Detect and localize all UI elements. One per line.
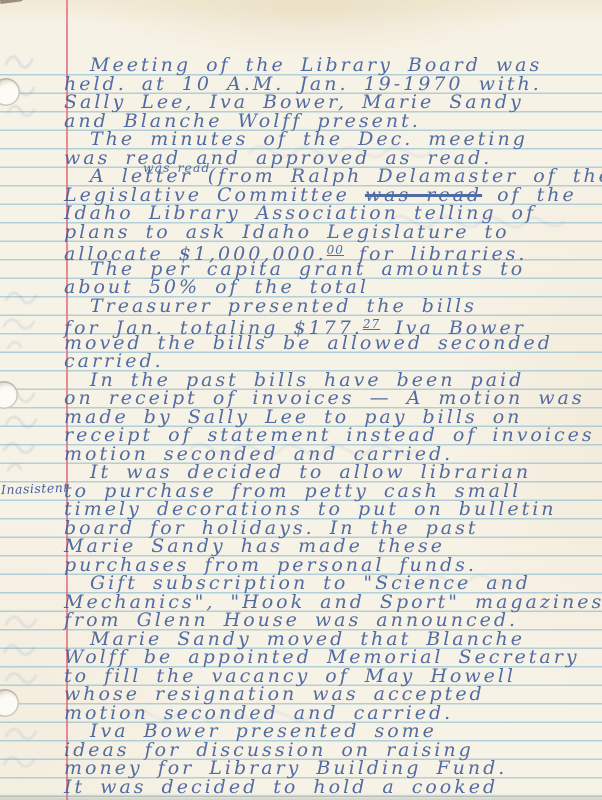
superscript-text: 27 [363,317,380,331]
manuscript-line: Treasurer presented the bills [64,297,602,316]
line-text: Treasurer presented the bills [90,295,477,317]
manuscript-lines: Meeting of the Library Board washeld. at… [64,56,602,796]
manuscript-line: It was decided to hold a cooked [64,778,602,797]
line-text: plans to ask Idaho Legislature to [64,221,510,243]
margin-note: Inasistent [1,480,69,497]
manuscript-line: plans to ask Idaho Legislature to [64,223,602,242]
inserted-text-above-line: was read [143,159,210,178]
line-text: It was decided to hold a cooked [64,776,498,798]
superscript-text: 00 [327,243,344,257]
notebook-page: Inasistent Meeting of the Library Board … [0,0,602,800]
